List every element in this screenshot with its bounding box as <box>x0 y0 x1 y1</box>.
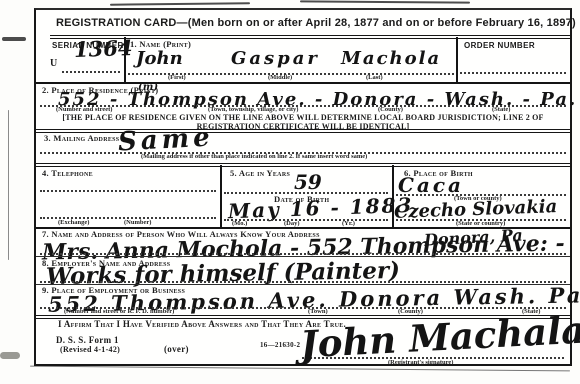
telephone-dotted-line-1 <box>40 190 216 192</box>
contact-dotted-line <box>40 253 566 255</box>
mailing-label: 3. Mailing Address <box>44 133 119 143</box>
residence-sub-street: (Number and street) <box>56 106 112 113</box>
scanned-registration-card: REGISTRATION CARD—(Men born on or after … <box>0 0 580 384</box>
name-first-value: John <box>136 48 183 69</box>
residence-sub-state: (State) <box>492 106 510 113</box>
order-number-label: ORDER NUMBER <box>464 41 535 50</box>
dob-dotted-line <box>224 219 388 221</box>
serial-number-value: 1364 <box>74 35 133 62</box>
rule-above-residence <box>36 82 570 84</box>
divider-telephone-age <box>220 165 222 227</box>
scan-artifact-paperclip <box>2 37 26 41</box>
scan-artifact-bottom-edge <box>30 366 570 372</box>
scan-artifact-bottom-left <box>0 352 20 359</box>
residence-dotted-line <box>40 105 566 107</box>
employment-sub-town: (Town) <box>308 308 328 315</box>
name-last-value: Machola <box>341 48 441 69</box>
scan-artifact-top-edge <box>110 2 250 5</box>
age-label: 5. Age in Years <box>230 168 290 178</box>
form-number: D. S. S. Form 1 <box>56 335 119 345</box>
scan-artifact-left-margin <box>8 110 9 260</box>
employment-sub-county: (County) <box>398 308 423 315</box>
over-note: (over) <box>164 344 189 354</box>
divider-name-order <box>456 37 458 82</box>
serial-prefix: U <box>50 58 58 69</box>
age-value: 59 <box>294 170 322 194</box>
name-sub-middle: (Middle) <box>268 74 292 81</box>
mailing-sub: (Mailing address if other than place ind… <box>141 153 367 160</box>
residence-sub-town: (Town, township, village, or city) <box>208 106 298 113</box>
residence-sub-county: (County) <box>378 106 403 113</box>
card-border: REGISTRATION CARD—(Men born on or after … <box>34 8 572 366</box>
print-code: 16—21630-2 <box>260 341 300 349</box>
dob-sub-yr: (Yr.) <box>342 220 355 227</box>
employer-dotted-line <box>40 281 566 283</box>
scan-artifact-top-edge-2 <box>300 0 470 3</box>
rule-above-employer <box>36 256 570 257</box>
card-title: REGISTRATION CARD—(Men born on or after … <box>56 17 576 29</box>
rule-above-telephone <box>36 163 570 167</box>
telephone-sub-number: (Number) <box>124 219 151 226</box>
telephone-label: 4. Telephone <box>42 168 93 178</box>
name-sub-last: (Last) <box>366 74 383 81</box>
form-revised: (Revised 4-1-42) <box>60 345 120 354</box>
dob-sub-day: (Day) <box>284 220 300 227</box>
name-middle-value: Gaspar <box>231 48 320 69</box>
dob-sub-mo: (Mo.) <box>232 220 247 227</box>
name-sub-first: (First) <box>168 74 186 81</box>
serial-dotted-line <box>62 71 120 73</box>
employment-sub-street: (Number and street or R. F. D. number) <box>64 308 174 315</box>
telephone-sub-exchange: (Exchange) <box>58 219 89 226</box>
order-dotted-line <box>460 72 566 74</box>
signature-sub-label: (Registrant's signature) <box>388 359 453 366</box>
